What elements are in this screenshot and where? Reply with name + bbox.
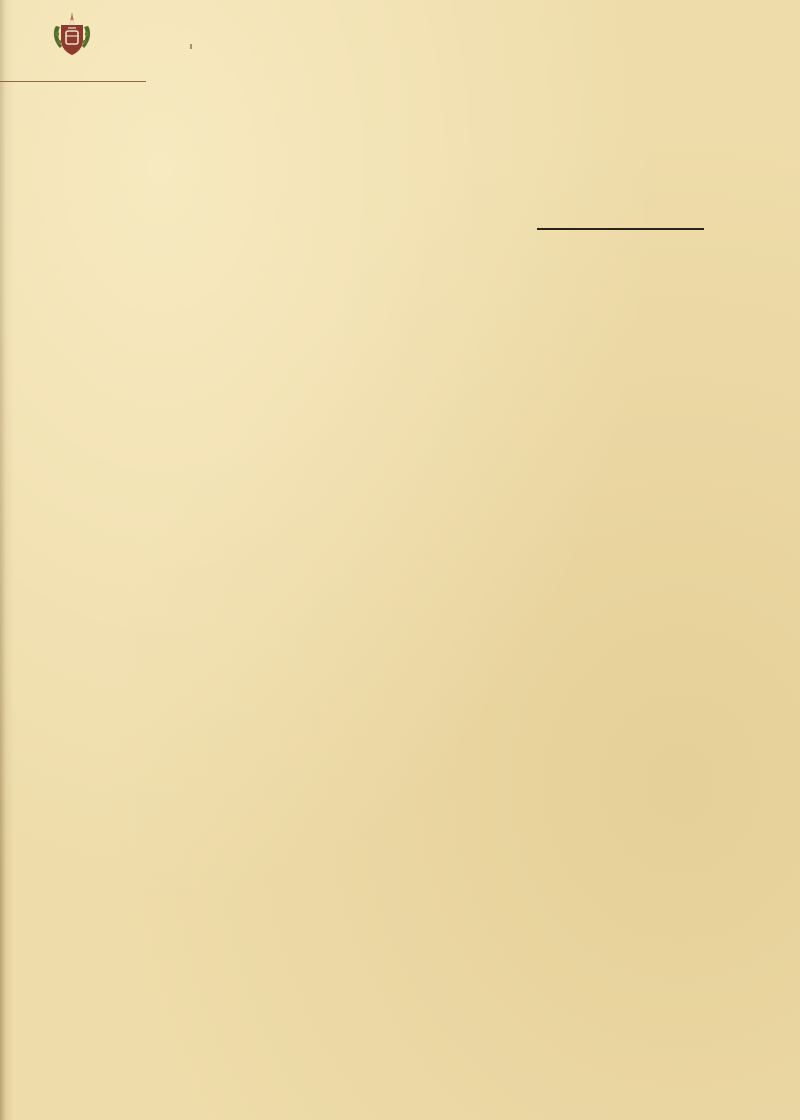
ink-speck bbox=[190, 44, 192, 49]
document-page bbox=[0, 0, 800, 1120]
coat-of-arms-icon bbox=[50, 10, 94, 58]
sum-rule bbox=[537, 228, 704, 230]
table-total-row bbox=[67, 231, 707, 251]
logo-divider bbox=[0, 81, 146, 82]
site-logo[interactable] bbox=[0, 0, 150, 95]
